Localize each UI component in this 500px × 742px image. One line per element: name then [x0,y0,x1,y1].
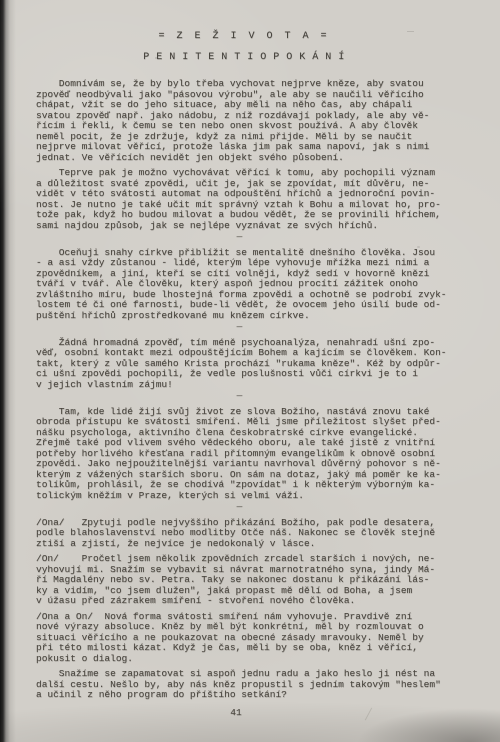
section-separator: — [0,502,490,513]
paragraph-9: Snažíme se zapamatovat si aspoň jednu ra… [0,669,500,701]
paragraph-5: Tam, kde lidé žijí svůj život ze slova B… [0,407,500,502]
paragraph-6-ona: /Ona/ Zpytuji podle nejvyššího přikázání… [0,518,500,550]
scan-speck [155,57,157,59]
scanned-document-page: = Z E Ž I V O T A = P E N I T E N T I O … [0,0,500,742]
section-separator: — [0,391,490,402]
document-title: = Z E Ž I V O T A = [0,31,494,43]
paragraph-4: Žádná hromadná zpověď, tím méně psychoan… [0,338,500,391]
paragraph-7-on: /On/ Pročetl jsem několik zpovědních zrc… [0,554,500,607]
document-subtitle: P E N I T E N T I O P O K Á N Í [0,52,494,64]
paragraph-3: Oceňuji snahy církve přiblížit se mental… [0,248,500,322]
section-separator: — [0,322,490,333]
scan-speck [407,31,414,32]
document-body: = Z E Ž I V O T A = P E N I T E N T I O … [0,0,500,718]
scan-speck [417,246,420,248]
section-separator: — [0,232,490,243]
paragraph-1: Domnívám se, že by bylo třeba vychovat n… [0,79,500,163]
paragraph-2: Teprve pak je možno vychovávat věřící k … [0,168,500,231]
paragraph-8-ona-a-on: /Ona a On/ Nová forma svátosti smíření n… [0,612,500,665]
page-number: 41 [0,707,486,718]
